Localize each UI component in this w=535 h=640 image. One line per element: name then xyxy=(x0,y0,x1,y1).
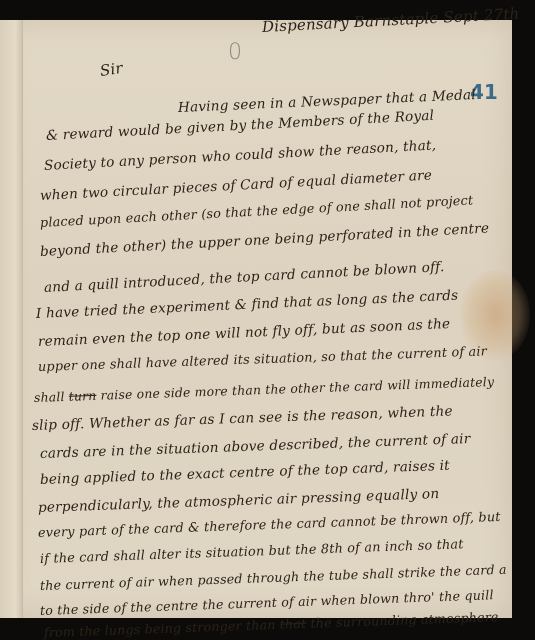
letter-line: perpendicularly, the atmospheric air pre… xyxy=(38,486,440,516)
letter-line: slip off. Whether as far as I can see is… xyxy=(32,403,453,434)
letter-line: being applied to the exact centre of the… xyxy=(40,458,450,488)
binding-strip xyxy=(0,20,23,618)
letter-line: if the card shall alter its situation bu… xyxy=(40,537,464,567)
pencil-annotation: 0 xyxy=(228,40,242,65)
letter-salutation: Sir xyxy=(99,59,124,80)
letter-line: remain even the top one will not fly off… xyxy=(38,316,451,350)
letter-line: upper one shall have altered its situati… xyxy=(38,344,488,375)
letter-line: cards are in the situation above describ… xyxy=(40,431,471,462)
letter-line: every part of the card & therefore the c… xyxy=(38,510,501,541)
letter-line: shall turn raise one side more than the … xyxy=(34,374,495,405)
letter-line: Society to any person who could show the… xyxy=(44,137,437,174)
manuscript-page: 0 41 Dispensary Barnstaple Sept 27th Sir… xyxy=(0,20,512,618)
letter-place-date: Dispensary Barnstaple Sept 27th xyxy=(262,5,520,36)
